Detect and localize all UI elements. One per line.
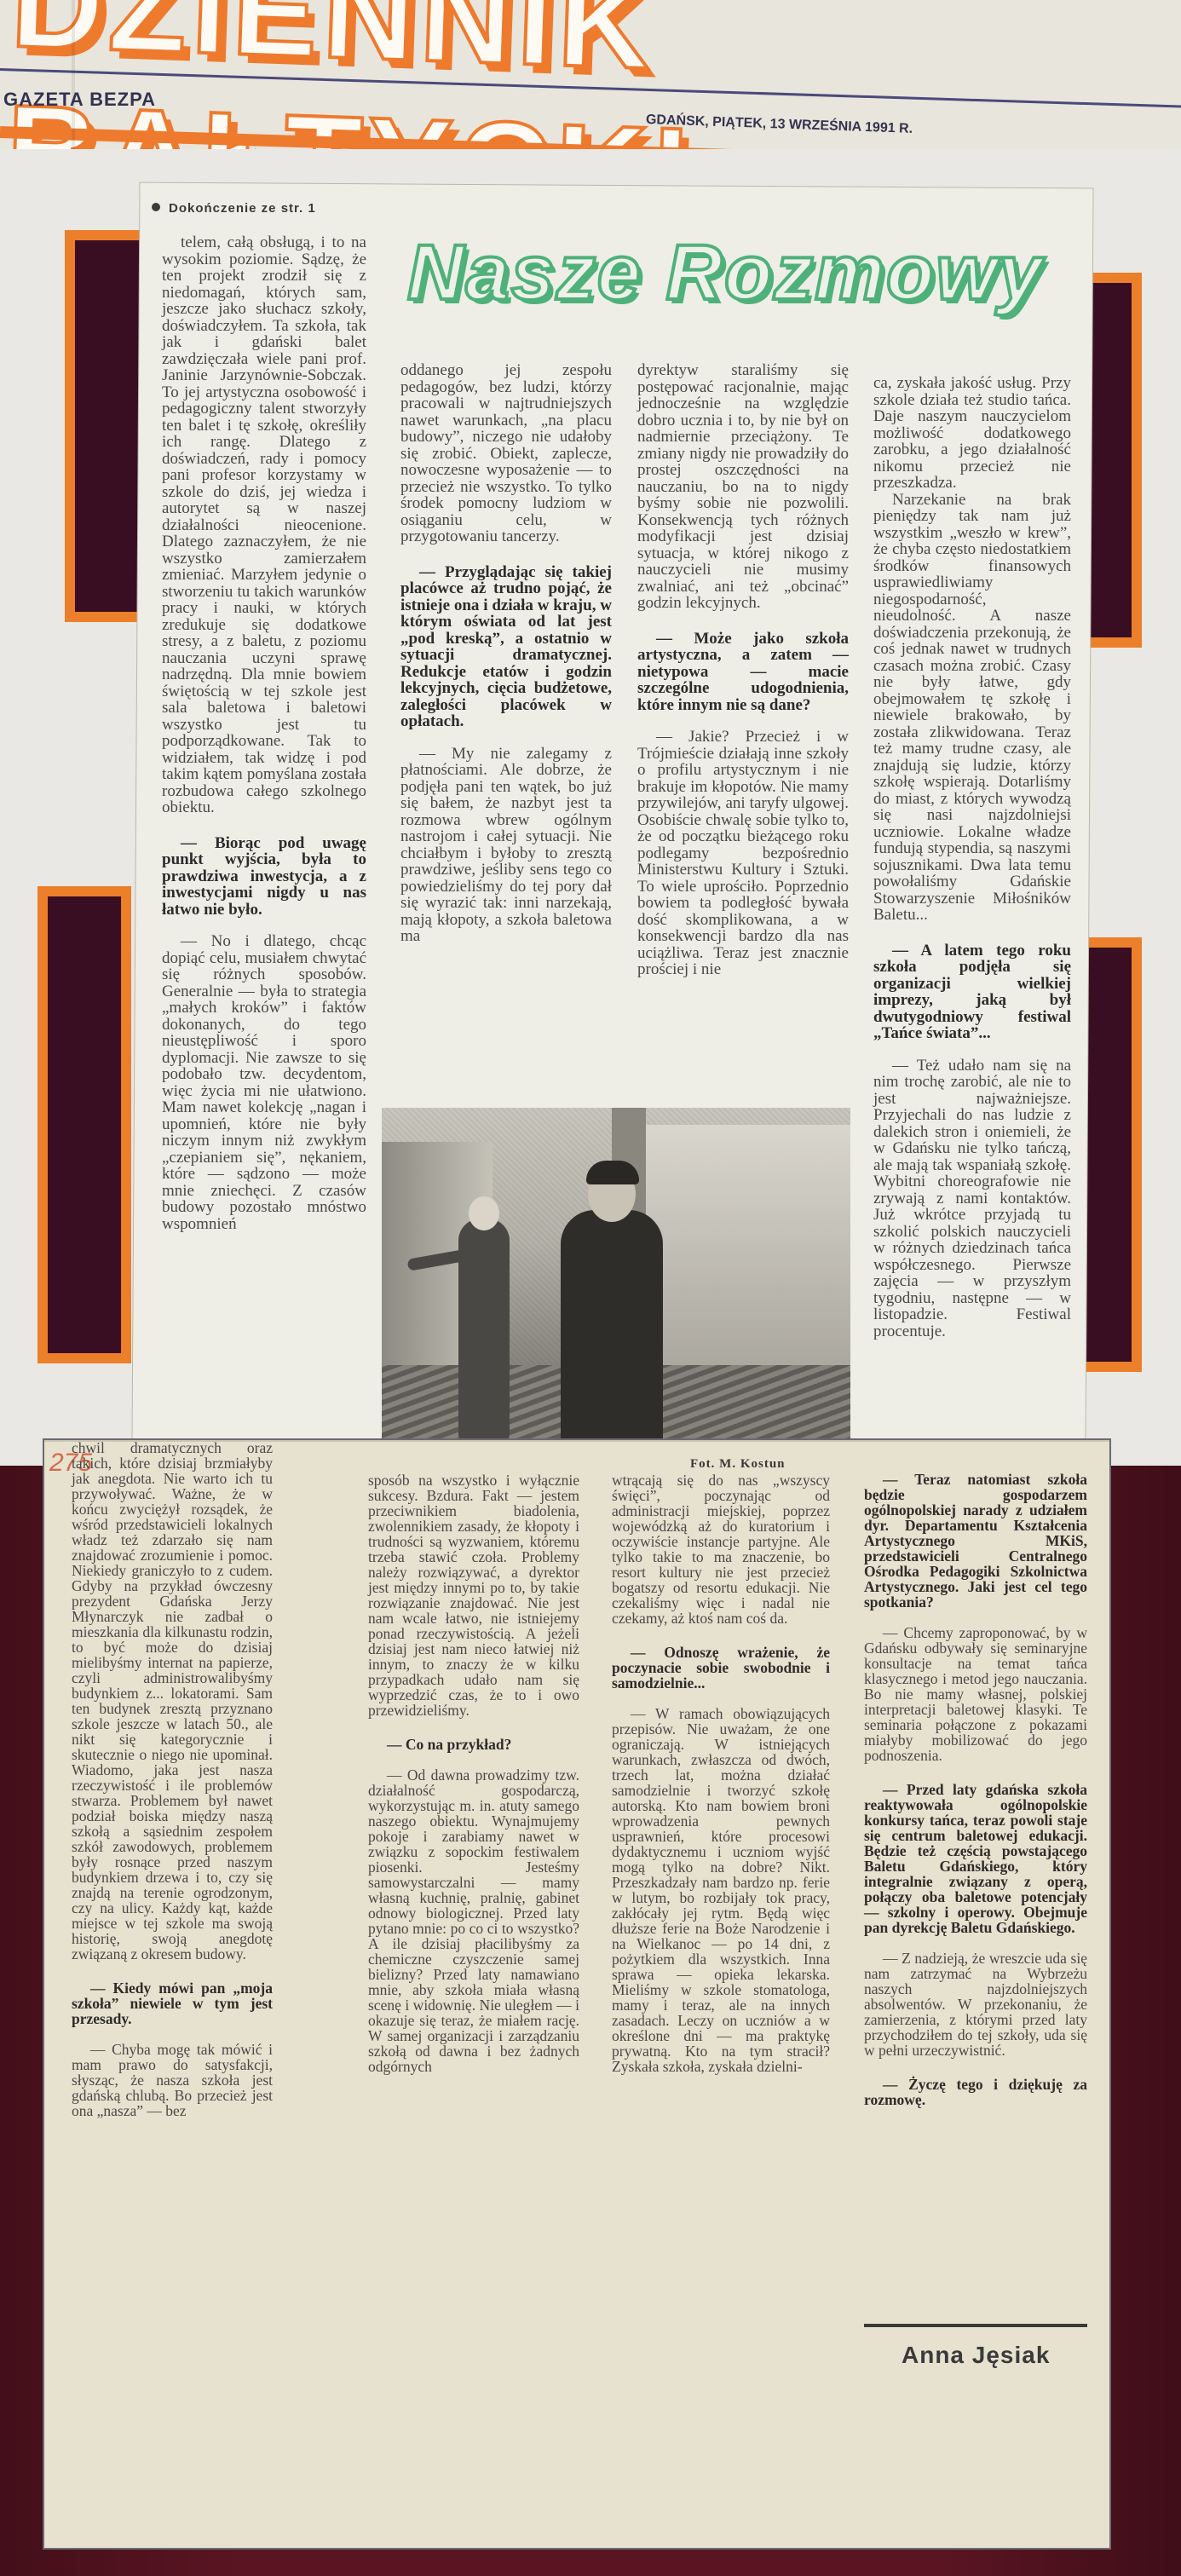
- interview-paragraph: chwil dramatycznych oraz takich, które d…: [72, 1440, 273, 1962]
- interview-question: — Przed laty gdańska szkoła reaktywowała…: [864, 1782, 1087, 1935]
- photo-figure: [458, 1219, 510, 1440]
- interview-paragraph: wtrącają się do nas „wszyscy święci”, po…: [612, 1472, 830, 1626]
- interview-question: — Biorąc pod uwagę punkt wyjścia, była t…: [162, 835, 366, 919]
- decor-frame: [37, 886, 131, 1363]
- photo-credit: Fot. M. Kostun: [690, 1457, 786, 1472]
- interview-question: — Może jako szkoła artystyczna, a zatem …: [637, 631, 849, 714]
- interview-question: — Odnoszę wrażenie, że poczynacie sobie …: [612, 1645, 830, 1691]
- photo-figure: [561, 1210, 663, 1442]
- article-column: sposób na wszystko i wyłącznie sukcesy. …: [368, 1472, 579, 2074]
- interview-paragraph: dyrektyw staraliśmy się postępować racjo…: [637, 362, 849, 612]
- interview-paragraph: oddanego jej zespołu pedagogów, bez ludz…: [400, 362, 612, 545]
- fold-line: [72, 0, 75, 149]
- section-heading: Nasze Rozmowy: [407, 228, 1044, 318]
- interview-paragraph: — My nie zalegamy z płatnościami. Ale do…: [400, 746, 612, 945]
- interview-paragraph: — Od dawna prowadzimy tzw. działalność g…: [368, 1767, 579, 2074]
- article-column: ca, zyskała jakość usług. Przy szkole dz…: [873, 375, 1071, 1340]
- interview-paragraph: telem, całą obsługą, i to na wysokim poz…: [162, 234, 366, 816]
- article-column: oddanego jej zespołu pedagogów, bez ludz…: [400, 362, 612, 945]
- interview-paragraph: sposób na wszystko i wyłącznie sukcesy. …: [368, 1472, 579, 1718]
- interview-question: — Teraz natomiast szkoła będzie gospodar…: [864, 1472, 1087, 1610]
- interview-paragraph: — Chcemy zaproponować, by w Gdańsku odby…: [864, 1625, 1087, 1763]
- interview-paragraph: — Jakie? Przecież i w Trójmieście działa…: [637, 729, 849, 978]
- interview-paragraph: — Chyba mogę tak mówić i mam prawo do sa…: [72, 2042, 273, 2118]
- interview-question: — Życzę tego i dziękuję za rozmowę.: [864, 2077, 1087, 2107]
- interview-paragraph: — No i dlatego, chcąc dopiąć celu, musia…: [162, 933, 366, 1232]
- article-column: — Teraz natomiast szkoła będzie gospodar…: [864, 1453, 1087, 2123]
- article-photo: [382, 1108, 850, 1442]
- continued-label: Dokończenie ze str. 1: [169, 201, 316, 216]
- interview-question: — A latem tego roku szkoła podjęła się o…: [873, 942, 1071, 1042]
- article-column: telem, całą obsługą, i to na wysokim poz…: [162, 234, 366, 1232]
- interview-question: — Przyglądając się takiej placówce aż tr…: [400, 564, 612, 730]
- newspaper-masthead: DZIENNIK BAŁTYCKI GAZETA BEZPA GDAŃSK, P…: [0, 0, 1181, 149]
- interview-paragraph: Narzekanie na brak pieniędzy tak nam już…: [873, 492, 1071, 924]
- byline-divider: [864, 2324, 1087, 2327]
- article-column: dyrektyw staraliśmy się postępować racjo…: [637, 362, 849, 978]
- interview-question: — Kiedy mówi pan „moja szkoła” niewiele …: [72, 1980, 273, 2026]
- author-byline: Anna Jęsiak: [902, 2342, 1050, 2369]
- interview-question: — Co na przykład?: [368, 1737, 579, 1752]
- interview-paragraph: — Też udało nam się na nim trochę zarobi…: [873, 1057, 1071, 1340]
- article-column: wtrącają się do nas „wszyscy święci”, po…: [612, 1472, 830, 2074]
- masthead-tagline: GAZETA BEZPA: [3, 89, 156, 111]
- continued-note: Dokończenie ze str. 1: [152, 201, 316, 216]
- interview-paragraph: — Z nadzieją, że wreszcie uda się nam za…: [864, 1951, 1087, 2058]
- article-column: chwil dramatycznych oraz takich, które d…: [72, 1440, 273, 2118]
- interview-paragraph: — W ramach obowiązujących przepisów. Nie…: [612, 1706, 830, 2074]
- bullet-icon: [152, 203, 160, 211]
- interview-paragraph: ca, zyskała jakość usług. Przy szkole dz…: [873, 375, 1071, 492]
